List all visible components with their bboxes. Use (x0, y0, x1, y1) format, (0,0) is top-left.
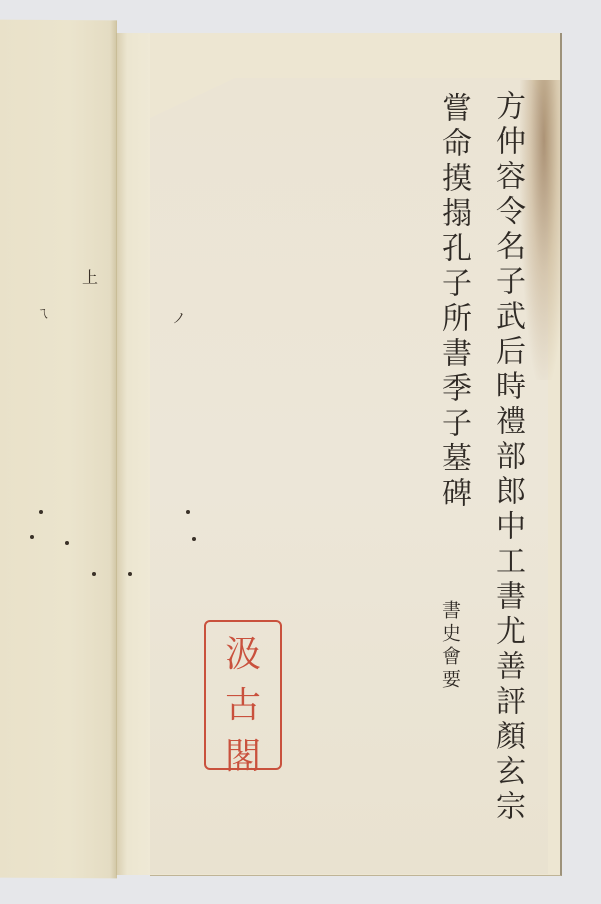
burn-stain (520, 80, 560, 380)
calligraphy-column-1: 方仲容令名子武后時禮部郎中工書尤善評顏玄宗 (492, 90, 522, 825)
ink-speck (92, 572, 96, 576)
bleed-mark-1: 上 (82, 265, 98, 288)
ink-speck (39, 510, 43, 514)
ink-speck (192, 537, 196, 541)
bleed-mark-3: ノ (172, 308, 186, 328)
left-page (0, 20, 117, 879)
ink-speck (128, 572, 132, 576)
book-gutter (116, 33, 151, 875)
ink-speck (186, 510, 190, 514)
bleed-mark-2: ㄟ (36, 303, 50, 323)
seal-char-3: 閣 (225, 728, 261, 779)
ink-speck (30, 535, 34, 539)
calligraphy-column-2: 嘗命摸搨孔子所書季子墓碑 (438, 92, 468, 512)
seal-char-2: 古 (225, 677, 261, 728)
red-seal-stamp: 汲 古 閣 (204, 620, 282, 770)
ink-speck (65, 541, 69, 545)
calligraphy-column-3-source: 書史會要 (440, 600, 459, 692)
seal-char-1: 汲 (225, 626, 261, 677)
book-photo: 方仲容令名子武后時禮部郎中工書尤善評顏玄宗 嘗命摸搨孔子所書季子墓碑 書史會要 … (0, 0, 601, 904)
